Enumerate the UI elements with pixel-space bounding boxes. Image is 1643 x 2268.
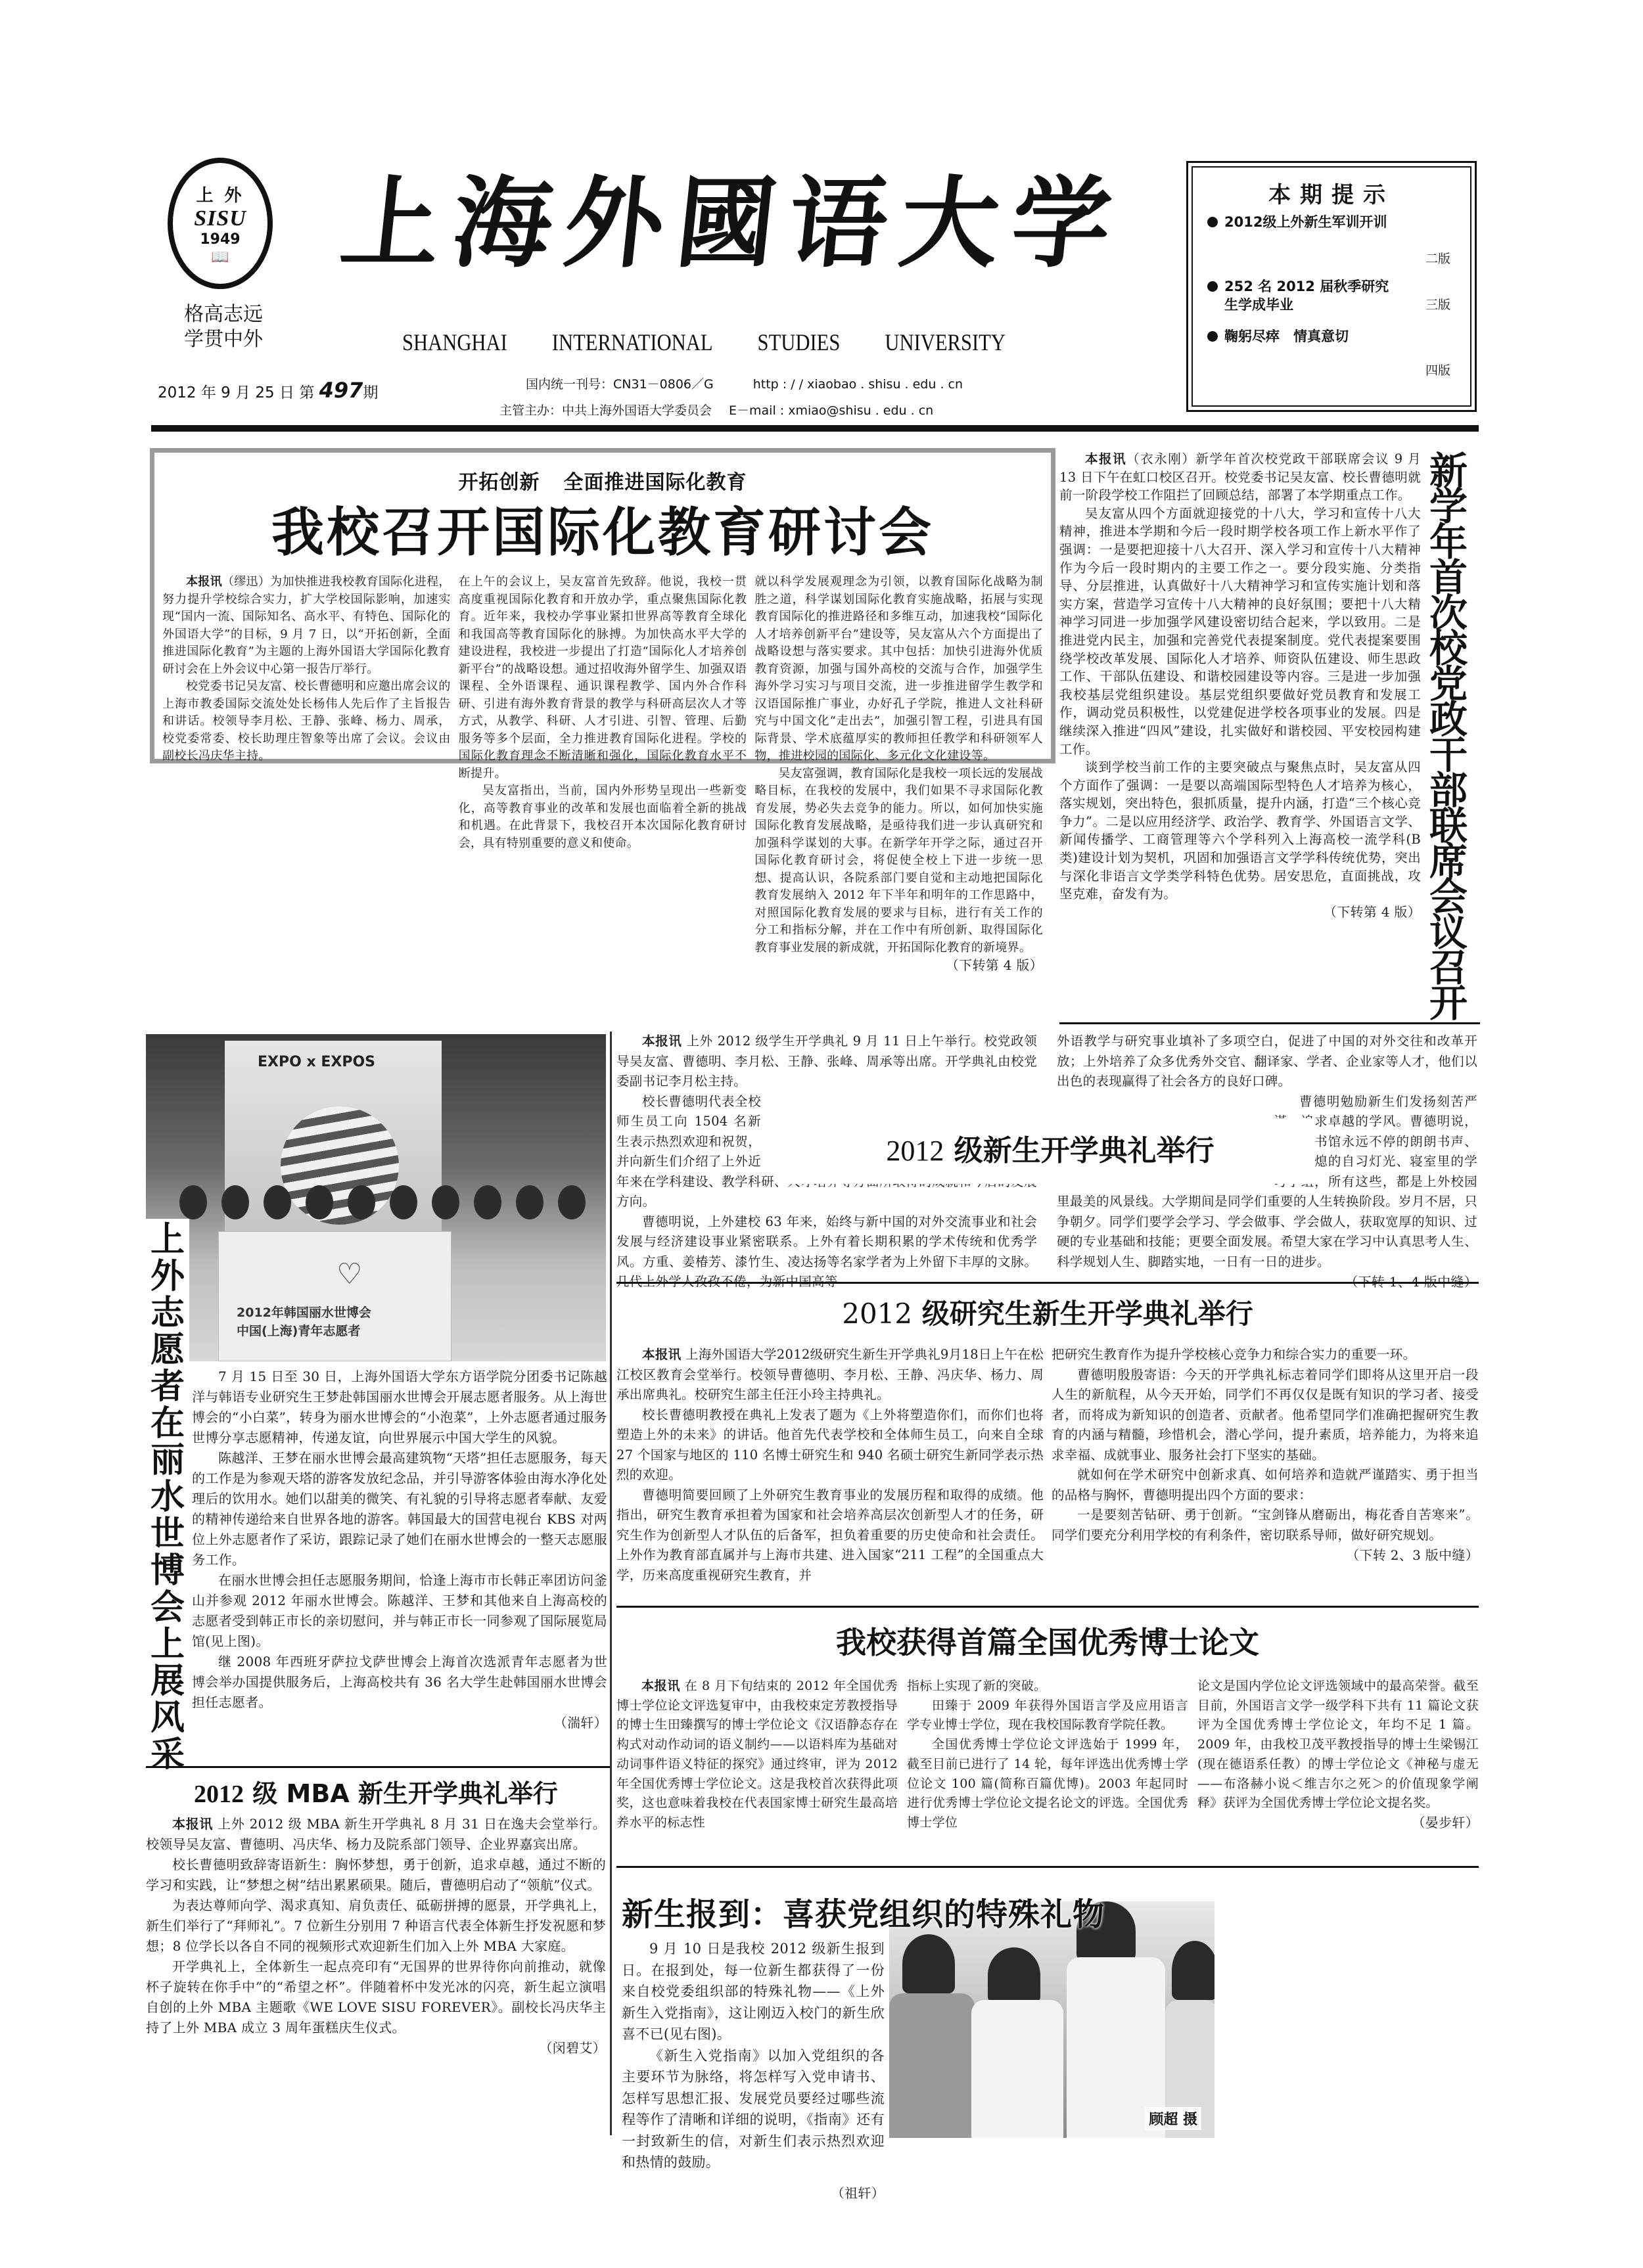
paragraph: 校长曹德明教授在典礼上发表了题为《上外将塑造你们，而你们也将塑造上外的未来》的讲… (616, 1405, 1044, 1486)
motto-line-2: 学贯中外 (164, 327, 283, 352)
lead-label: 本报讯 (642, 1347, 681, 1362)
ceremony-article: 本报讯 上外 2012 级学生开学典礼 9 月 11 日上午举行。校党政领导吴友… (616, 1032, 1479, 1268)
photo-credit: 顾超 摄 (1145, 2107, 1201, 2130)
section-divider (616, 1866, 1479, 1868)
highlight-page: 四版 (1224, 361, 1458, 380)
person-head (988, 1947, 1040, 2003)
section-divider (146, 1766, 610, 1768)
section-divider (616, 1606, 1479, 1608)
newspaper-title-english: SHANGHAI INTERNATIONAL STUDIES UNIVERSIT… (402, 329, 1034, 356)
paragraph: 指标上实现了新的突破。 (907, 1677, 1188, 1696)
title-en-word: STUDIES (758, 329, 841, 356)
paragraph: 继 2008 年西班牙萨拉戈萨世博会上海首次选派青年志愿者为世博会举办国提供服务… (192, 1652, 607, 1713)
paragraph: 上海外国语大学2012级研究生新生开学典礼9月18日上午在松江校区教育会堂举行。… (616, 1347, 1044, 1402)
thesis-column-3: 论文是国内学位论文评选领域中的最高荣誉。截至目前，外国语言文学一级学科下共有 1… (1197, 1677, 1479, 1833)
paragraph: 曹德明殷殷寄语：今天的开学典礼标志着同学们即将从这里开启一段人生的新航程，从今天… (1052, 1365, 1479, 1466)
grad-column-2: 把研究生教育作为提升学校核心竞争力和综合实力的重要一环。 曹德明殷殷寄语：今天的… (1052, 1345, 1479, 1585)
title-en-word: INTERNATIONAL (552, 329, 713, 356)
serial-number: 国内统一刊号：CN31－0806／G (526, 371, 714, 397)
sponsor: 主管主办：中共上海外国语大学委员会 (499, 397, 712, 424)
issue-number: 497 (319, 378, 363, 403)
bullet-icon (1207, 217, 1218, 227)
open-book-icon: 📖 (211, 249, 229, 265)
expo-article: 7 月 15 日至 30 日，上海外国语大学东方语学院分团委书记陈越洋与韩语专业… (192, 1367, 607, 1733)
lead-column-1: 本报讯（缪迅）为加快推进我校教育国际化进程，努力提升学校综合实力，扩大学校国际影… (162, 574, 451, 974)
new-students-photo: 顾超 摄 (889, 1901, 1215, 2138)
highlight-item[interactable]: 2012级上外新生军训开训 二版 (1205, 213, 1458, 268)
thesis-body: 本报讯 在 8 月下旬结束的 2012 年全国优秀博士学位论文评选复审中，由我校… (616, 1677, 1479, 1833)
person-body (971, 2000, 1063, 2138)
paragraph: 陈越洋、王梦在丽水世博会最高建筑物“天塔”担任志愿服务，每天的工作是为参观天塔的… (192, 1448, 607, 1570)
paragraph: 为表达尊师向学、渴求真知、肩负责任、砥砺拼搏的愿景，开学典礼上，新生们举行了“拜… (146, 1895, 606, 1957)
expo-sign-text: EXPO x EXPOS (258, 1054, 375, 1070)
paragraph: 曹德明简要回顾了上外研究生教育事业的发展历程和取得的成绩。他指出，研究生教育承担… (616, 1486, 1044, 1586)
byline: （祖轩） (622, 2183, 885, 2204)
registration-headline[interactable]: 新生报到：喜获党组织的特殊礼物 (622, 1889, 1105, 1934)
website-link[interactable]: http : / / xiaobao . shisu . edu . cn (753, 371, 963, 397)
flag-text: 2012年韩国丽水世博会 中国(上海)青年志愿者 (237, 1304, 371, 1340)
highlights-divider (1176, 425, 1479, 432)
issue-date: 2012 年 9 月 25 日 (158, 384, 294, 401)
paragraph: 在 8 月下旬结束的 2012 年全国优秀博士学位论文评选复审中，由我校束定芳教… (616, 1679, 898, 1830)
highlight-item[interactable]: 鞠躬尽瘁 情真意切 四版 (1205, 327, 1458, 380)
logo-year: 1949 (200, 231, 240, 248)
lead-label: 本报讯 (641, 1679, 680, 1693)
registration-body: 9 月 10 日是我校 2012 级新生报到日。在报到处，每一位新生都获得了一份… (622, 1938, 885, 2204)
graduate-ceremony-headline[interactable]: 2012 级研究生新生开学典礼举行 (616, 1291, 1479, 1337)
lead-label: 本报讯 (642, 1033, 682, 1049)
lead-label: 本报讯 (172, 1816, 213, 1832)
continued-note[interactable]: （下转第 4 版） (754, 957, 1043, 974)
motto: 格高志远 学贯中外 (164, 302, 283, 352)
thesis-headline[interactable]: 我校获得首篇全国优秀博士论文 (616, 1616, 1479, 1669)
graduate-ceremony-body: 本报讯 上海外国语大学2012级研究生新生开学典礼9月18日上午在松江校区教育会… (616, 1345, 1479, 1585)
person-body (889, 1993, 975, 2138)
lead-kicker: 开拓创新全面推进国际化教育 (162, 466, 1043, 495)
paragraph: 9 月 10 日是我校 2012 级新生报到日。在报到处，每一位新生都获得了一份… (622, 1938, 885, 2045)
bullet-icon (1207, 281, 1218, 292)
byline: （湍轩） (192, 1713, 607, 1733)
lead-column-2: 在上午的会议上，吴友富首先致辞。他说，我校一贯高度重视国际化教育和开放办学，重点… (459, 574, 747, 974)
highlight-text: 2012级上外新生军训开训 (1224, 214, 1387, 230)
lead-column-3: 就以科学发展观理念为引领，以教育国际化战略为制胜之道，科学谋划国际化教育实施战略… (754, 574, 1043, 974)
headline-year: 2012 (842, 1298, 912, 1330)
highlight-item[interactable]: 252 名 2012 届秋季研究生学成毕业 三版 (1205, 277, 1458, 314)
headline-text: 级新生开学典礼举行 (954, 1134, 1215, 1168)
section-divider (616, 1282, 1479, 1284)
paragraph: 吴友富指出，当前，国内外形势呈现出一些新变化，高等教育事业的改革和发展也面临着全… (459, 782, 747, 852)
title-en-word: SHANGHAI (402, 329, 507, 356)
headline-year: 2012 (886, 1135, 944, 1167)
paragraph: 一是要刻苦钻研、勇于创新。“宝剑锋从磨砺出，梅花香自苦寒来”。同学们要充分利用学… (1052, 1505, 1479, 1545)
flag-text-line: 中国(上海)青年志愿者 (237, 1322, 371, 1340)
paragraph: 吴友富从四个方面就迎接党的十八大，学习和宣传十八大精神，推进本学期和今后一段时期… (1059, 505, 1421, 758)
continued-note[interactable]: （下转第 4 版） (1059, 903, 1421, 922)
paragraph: 校党委书记吴友富、校长曹德明和应邀出席会议的上海市教委国际交流处处长杨伟人先后作… (162, 678, 451, 765)
paragraph: 上外 2012 级 MBA 新生开学典礼 8 月 31 日在逸夫会堂举行。校领导… (146, 1816, 606, 1852)
publication-info: 国内统一刊号：CN31－0806／G http : / / xiaobao . … (526, 371, 963, 424)
person-head (1172, 1941, 1215, 2000)
ceremony-headline[interactable]: 2012 级新生开学典礼举行 (787, 1118, 1313, 1184)
paragraph: 7 月 15 日至 30 日，上海外国语大学东方语学院分团委书记陈越洋与韩语专业… (192, 1367, 607, 1448)
section-divider (1059, 1022, 1480, 1024)
volunteer-flag (218, 1231, 451, 1361)
issue-highlights-box: 本期提示 2012级上外新生军训开训 二版 252 名 2012 届秋季研究生学… (1186, 161, 1477, 412)
paragraph: 谈到学校当前工作的主要突破点与聚焦点时，吴友富从四个方面作了强调：一是要以高端国… (1059, 758, 1421, 903)
newspaper-title: 上海外國语大学 (335, 158, 1130, 289)
issue-suffix: 期 (363, 384, 378, 401)
logo-text-top: 上 外 (196, 182, 244, 206)
grad-column-1: 本报讯 上海外国语大学2012级研究生新生开学典礼9月18日上午在松江校区教育会… (616, 1345, 1044, 1585)
motto-line-1: 格高志远 (164, 302, 283, 327)
paragraph: 校长曹德明致辞寄语新生：胸怀梦想，勇于创新，追求卓越，通过不断的学习和实践，让“… (146, 1855, 606, 1895)
kicker-part: 全面推进国际化教育 (564, 471, 747, 494)
thesis-column-1: 本报讯 在 8 月下旬结束的 2012 年全国优秀博士学位论文评选复审中，由我校… (616, 1677, 898, 1833)
paragraph: 把研究生教育作为提升学校核心竞争力和综合实力的重要一环。 (1052, 1345, 1479, 1365)
paragraph: 吴友富强调，教育国际化是我校一项长远的发展战略目标，在我校的发展中，我们如果不寻… (754, 765, 1043, 957)
column-divider (610, 1032, 612, 2135)
registration-article: 新生报到：喜获党组织的特殊礼物 9 月 10 日是我校 2012 级新生报到日。… (616, 1879, 1479, 2142)
headline-text: 级 MBA 新生开学典礼举行 (244, 1779, 558, 1808)
byline: （晏步轩） (1197, 1813, 1479, 1833)
expo-volunteers-photo: EXPO x EXPOS ♡ 2012年韩国丽水世博会 中国(上海)青年志愿者 (146, 1034, 606, 1361)
bullet-icon (1207, 331, 1218, 342)
paragraph: 外语教学与研究事业填补了多项空白，促进了中国的对外交往和改革开放；上外培养了众多… (1057, 1032, 1477, 1092)
paragraph: 就如何在学术研究中创新求真、如何培养和造就严谨踏实、勇于担当的品格与胸怀，曹德明… (1052, 1465, 1479, 1505)
kicker-part: 开拓创新 (459, 471, 540, 494)
expo-article-headline[interactable]: 上外志愿者在丽水世博会上展风采 (146, 1219, 189, 1731)
thesis-article: 我校获得首篇全国优秀博士论文 本报讯 在 8 月下旬结束的 2012 年全国优秀… (616, 1616, 1479, 1833)
paragraph: 开学典礼上，全体新生一起点亮印有“无国界的世界待你向前推动，就像杯子旋转在你手中… (146, 1957, 606, 2038)
byline: （缪迅） (222, 575, 270, 589)
headline-year: 2012 (194, 1780, 244, 1808)
heart-icon: ♡ (336, 1258, 362, 1291)
paragraph: 《新生入党指南》以加入党组织的各主要环节为脉络，将怎样写入党申请书、怎样写思想汇… (622, 2045, 885, 2173)
paragraph: 曹德明说，上外建校 63 年来，始终与新中国的对外交流事业和社会发展与经济建设事… (616, 1212, 1037, 1292)
highlights-title: 本期提示 (1205, 177, 1458, 209)
byline: （衣永刚） (1126, 451, 1195, 466)
continued-note[interactable]: （下转 2、3 版中缝） (1052, 1545, 1479, 1566)
paragraph: 在丽水世博会担任志愿服务期间，恰逢上海市市长韩正率团访问釜山并参观 2012 年… (192, 1570, 607, 1652)
person-head (902, 1934, 955, 1993)
graduate-ceremony-article: 2012 级研究生新生开学典礼举行 本报讯 上海外国语大学2012级研究生新生开… (616, 1291, 1479, 1585)
university-logo: 上 外 SISU 1949 📖 (168, 158, 273, 289)
lead-article: 开拓创新全面推进国际化教育 我校召开国际化教育研讨会 本报讯（缪迅）为加快推进我… (150, 448, 1055, 763)
paragraph: 论文是国内学位论文评选领域中的最高荣誉。截至目前，外国语言文学一级学科下共有 1… (1197, 1677, 1479, 1813)
thesis-column-2: 指标上实现了新的突破。 田臻于 2009 年获得外国语言学及应用语言学专业博士学… (907, 1677, 1188, 1833)
side-article: 本报讯（衣永刚）新学年首次校党政干部联席会议 9 月 13 日下午在虹口校区召开… (1059, 450, 1421, 921)
byline: （闵碧艾） (146, 2038, 606, 2058)
lead-label: 本报讯 (186, 575, 222, 589)
highlight-text: 252 名 2012 届秋季研究生学成毕业 (1224, 277, 1395, 314)
issue-info: 2012 年 9 月 25 日 第 497期 (158, 378, 378, 403)
mba-headline[interactable]: 2012 级 MBA 新生开学典礼举行 (146, 1774, 606, 1814)
highlight-text: 鞠躬尽瘁 情真意切 (1224, 329, 1349, 344)
paragraph: 全国优秀博士学位论文评选始于 1999 年，截至目前已进行了 14 轮，每年评选… (907, 1735, 1188, 1833)
paragraph: 就以科学发展观理念为引领，以教育国际化战略为制胜之道，科学谋划国际化教育实施战略… (754, 574, 1043, 765)
issue-prefix: 第 (299, 384, 314, 401)
lead-headline[interactable]: 我校召开国际化教育研讨会 (162, 500, 1043, 566)
email-link[interactable]: E－mail : xmiao@shisu . edu . cn (729, 397, 933, 424)
side-article-headline[interactable]: 新学年首次校党政干部联席会议召开 (1425, 453, 1472, 1021)
logo-text-sisu: SISU (194, 206, 246, 231)
mba-article: 2012 级 MBA 新生开学典礼举行 本报讯 上外 2012 级 MBA 新生… (146, 1774, 606, 2058)
title-en-word: UNIVERSITY (885, 329, 1006, 356)
highlight-page: 二版 (1224, 250, 1458, 268)
masthead-divider (151, 425, 1183, 432)
paragraph: 为加快推进我校教育国际化进程，努力提升学校综合实力，扩大学校国际影响，加速实现“… (162, 575, 451, 676)
lead-body: 本报讯（缪迅）为加快推进我校教育国际化进程，努力提升学校综合实力，扩大学校国际影… (162, 574, 1043, 974)
lead-label: 本报讯 (1085, 451, 1126, 466)
flag-text-line: 2012年韩国丽水世博会 (237, 1304, 371, 1322)
paragraph: 在上午的会议上，吴友富首先致辞。他说，我校一贯高度重视国际化教育和开放办学，重点… (459, 574, 747, 782)
paragraph: 田臻于 2009 年获得外国语言学及应用语言学专业博士学位，现在我校国际教育学院… (907, 1696, 1188, 1735)
headline-text: 级研究生新生开学典礼举行 (912, 1298, 1253, 1330)
